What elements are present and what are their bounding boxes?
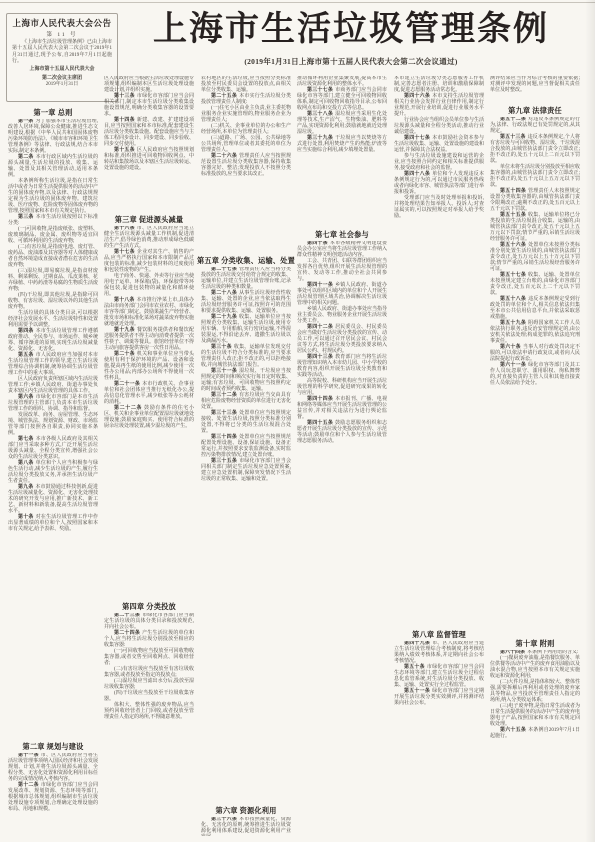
article-paragraph: 第五条市人民政府应当加强对本市生活垃圾管理工作的领导,建立生活垃圾管理综合协调机… — [8, 353, 98, 377]
text-column-3: 农村地区的生活垃圾,应当按照分类标准投放至村民委员会设置的投放点,由相关单位分类… — [201, 76, 291, 836]
chapter-heading: 第一章 总则 — [8, 106, 98, 119]
article-number: 第十九条 — [114, 328, 137, 333]
body-paragraph: 本市建立生活垃圾分类志愿服务工作机制,完善志愿者注册、培训和激励保障制度,促进志… — [394, 76, 484, 94]
article-paragraph: 第十一条市、区人民政府应当将生活垃圾管理事项纳入国民经济和社会发展规划、计划,并… — [8, 753, 98, 783]
article-number: 第十六条 — [114, 226, 137, 231]
article-number: 第二十一条 — [114, 382, 142, 387]
text-segment: 第十一条市、区人民政府应当将生活垃圾管理事项纳入国民经济和社会发展规划、计划,并… — [8, 753, 98, 836]
article-paragraph: 第十五条区人民政府应当按照规划和标准,组织推进可回收物回收网点、中转站和集散场以… — [104, 148, 194, 172]
article-number: 第四十条 — [307, 241, 330, 246]
article-paragraph: 第三条本市生活垃圾按照以下标准分类: — [8, 215, 98, 227]
body-paragraph: 行业协会应当组织会员单位参与生活垃圾源头减量和全程分类活动,推动行业诚信建设。 — [394, 118, 484, 136]
article-paragraph: 第二十六条管理责任人应当按照规范设置生活垃圾分类收集容器,保持收集容器完好、整洁… — [201, 154, 291, 178]
text-segment: 本市建立生活垃圾分类志愿服务工作机制,完善志愿者注册、培训和激励保障制度,促进志… — [394, 76, 484, 628]
article-number: 第七条 — [18, 437, 36, 442]
article-paragraph: 第二十二条鼓励有条件的住宅小区、机关和企事业单位配置湿垃圾就地处理设施;鼓励家庭… — [104, 406, 194, 430]
article-number: 第五条 — [18, 353, 36, 358]
article-paragraph: 第四十九条市、区人民政府应当建立生活垃圾管理综合考核制度,将考核结果纳入绩效考核… — [394, 641, 484, 665]
article-paragraph: 第三十八条湿垃圾应当采用生化处理等技术,生产沼气、生物柴油、肥料等产品,实现资源… — [297, 112, 387, 136]
text-column-2: 区人民政府应当根据生活垃圾处理设施专项规划,组织编制本区生活垃圾处理设施建设计划… — [104, 76, 194, 836]
article-paragraph: 第五十三条违反本条例规定,个人将有害垃圾与可回收物、湿垃圾、干垃圾混合投放的,由… — [490, 135, 580, 165]
body-paragraph: 测评结果应当作为综合考核的重要依据;对测评中发现的问题,应当督促相关责任单位及时… — [490, 76, 580, 94]
article-number: 第六十四条 — [500, 650, 527, 655]
article-paragraph: 第十八条本市推行净菜上市,具体办法由市商务部门会同市农业农村、市绿化市容等部门制… — [104, 298, 194, 328]
article-paragraph: 第四十四条本市报刊、广播、电视和网络等媒体应当开展生活垃圾管理的公益宣传,并对相… — [297, 397, 387, 421]
article-number: 第四十四条 — [307, 397, 335, 402]
text-segment: 农村地区的生活垃圾,应当按照分类标准投放至村民委员会设置的投放点,由相关单位分类… — [201, 76, 291, 254]
article-number: 第三十五条 — [211, 459, 239, 464]
article-number: 第三十九条 — [307, 136, 335, 141]
text-segment: 第四十九条市、区人民政府应当建立生活垃圾管理综合考核制度,将考核结果纳入绩效考核… — [394, 641, 484, 836]
article-paragraph: 第五十六条处置单位未按照分类标准分别处置生活垃圾的,由城管执法部门责令改正,处五… — [490, 243, 580, 273]
body-paragraph: 生活垃圾的具体分类目录,可以根据经济社会发展水平、生活垃圾特性和处置利用需要予以… — [8, 311, 98, 329]
article-paragraph: 第四十八条单位和个人发现违反本条例规定行为的,可以通过市民服务热线或者向绿化市容… — [394, 172, 484, 196]
article-paragraph: 第十七条企业对其生产、销售的产品,应当严格执行国家和本市限制产品过度包装的标准,… — [104, 250, 194, 274]
announcement-title: 上海市人民代表大会公告 — [12, 18, 112, 28]
announcement-box: 上海市人民代表大会公告 第 11 号 《上海市生活垃圾管理条例》已由上海市第十五… — [6, 13, 118, 102]
announcement-date: 2019年1月31日 — [12, 82, 112, 89]
article-number: 第二十九条 — [211, 315, 239, 320]
article-paragraph: 第十九条餐饮服务提供者和餐饮配送服务提供者不得主动向消费者提供一次性筷子、调羹等… — [104, 328, 194, 352]
article-number: 第九条 — [18, 485, 35, 490]
text-column-6: 测评结果应当作为综合考核的重要依据;对测评中发现的问题,应当督促相关责任单位及时… — [490, 76, 580, 836]
article-paragraph: 第五十七条收集、运输、处置单位未按照规定建立台账的,由绿化市容部门责令改正,处五… — [490, 273, 580, 297]
article-number: 第三十八条 — [307, 112, 335, 117]
article-number: 第五十条 — [404, 665, 427, 670]
article-number: 第六十一条 — [500, 363, 528, 368]
body-paragraph: 电子商务、快递、外卖等行业应当使用电子运单、环保箱(袋)、环保胶带等环保包装,促… — [104, 274, 194, 298]
article-paragraph: 第三十三条处置单位应当按照规定接收、处置生活垃圾,按照分类标准分别处置,不得将已… — [201, 411, 291, 435]
body-paragraph: 区人民政府应当根据生活垃圾处理设施专项规划,组织编制本区生活垃圾处理设施建设计划… — [104, 76, 194, 94]
article-number: 第十四条 — [114, 118, 137, 123]
body-paragraph: 区人民政府负责所辖区域内生活垃圾管理工作;乡镇人民政府、街道办事处负责本辖区内生… — [8, 377, 98, 395]
article-number: 第五十四条 — [500, 189, 528, 194]
article-number: 第五十七条 — [500, 273, 528, 278]
text-segment: 第三十六条本市按照减量化、资源化、无害化的原则,统筹推进生活垃圾资源化利用体系建… — [201, 817, 291, 836]
page-title: 上海市生活垃圾管理条例 — [120, 10, 582, 51]
article-paragraph: 第九条本市鼓励通过科技创新,促进生活垃圾减量化、资源化、无害化处理技术的研究开发… — [8, 485, 98, 515]
article-number: 第十五条 — [114, 148, 137, 153]
text-segment: 第六十四条本条例下列用语的含义:(一)餐厨废弃油脂,是指餐饮服务、单位供餐等活动… — [490, 650, 580, 836]
body-paragraph: 工会、共青团、妇联等群团组织应当发挥各自优势,组织开展生活垃圾管理的宣传、发动等… — [297, 259, 387, 283]
article-number: 第二十六条 — [211, 154, 239, 159]
article-paragraph: 第四十七条本市鼓励社会资本参与生活垃圾收集、运输、处置设施的建设和运营,并保障其… — [394, 136, 484, 154]
body-paragraph: 单位未将生活垃圾分别投放至相应收集容器的,由城管执法部门责令立即改正;拒不改正的… — [490, 165, 580, 189]
article-number: 第六十条 — [500, 345, 523, 350]
article-paragraph: 第一条为了加强本市生活垃圾管理,改善人居环境,保障公众健康,推进生态文明建设,根… — [8, 119, 98, 155]
article-number: 第三十二条 — [211, 393, 239, 398]
article-paragraph: 第六十条当事人对行政处罚决定不服的,可以依法申请行政复议,或者向人民法院提起行政… — [490, 345, 580, 363]
article-number: 第四十一条 — [307, 283, 335, 288]
body-paragraph: (二)有害垃圾,是指废电池、废灯管、废药品、废油漆及其容器等对人体健康或者自然环… — [8, 245, 98, 269]
article-number: 第三十条 — [211, 345, 234, 350]
article-paragraph: 第七条本市各级人民政府及其相关部门应当采取多种方式,广泛开展生活垃圾源头减量、全… — [8, 437, 98, 461]
body-paragraph: (一)住宅小区由业主负责,业主委托物业服务企业实施管理的,物业服务企业为管理责任… — [201, 106, 291, 124]
article-number: 第二十八条 — [211, 291, 239, 296]
article-number: 第四十五条 — [307, 421, 335, 426]
article-number: 第六条 — [18, 395, 36, 400]
article-number: 第五十五条 — [500, 213, 528, 218]
text-segment: 第十六条市、区人民政府应当建立健全生活垃圾源头减量工作机制,促进清洁生产,倡导绿… — [104, 226, 194, 600]
body-paragraph: (一)可回收物,是指废纸张、废塑料、废玻璃制品、废金属、废织物等适宜回收、可循环… — [8, 227, 98, 245]
text-segment: 第五十二条对违反本条例规定的行为,法律、行政法规已有处罚规定的,从其规定。第五十… — [490, 117, 580, 637]
chapter-heading: 第十章 附则 — [490, 637, 580, 650]
text-segment: 区人民政府应当根据生活垃圾处理设施专项规划,组织编制本区生活垃圾处理设施建设计划… — [104, 76, 194, 213]
article-paragraph: 第五十一条绿化市容部门应当定期开展生活垃圾分类实效测评,并将测评结果向社会公布。 — [394, 689, 484, 707]
article-number: 第四十九条 — [404, 641, 432, 646]
article-number: 第五十八条 — [500, 297, 528, 302]
article-number: 第五十二条 — [500, 117, 528, 122]
article-paragraph: 第三十九条干垃圾应当以焚烧等方式进行处置,利用焚烧产生的热能;炉渣等应当实施综合… — [297, 136, 387, 154]
article-paragraph: 第四条本市生活垃圾管理工作遵循政府推动、全民参与、市场运作、城乡统筹、循序渐进的… — [8, 329, 98, 353]
article-paragraph: 第三十六条本市按照减量化、资源化、无害化的原则,统筹推进生活垃圾资源化利用体系建… — [201, 817, 291, 836]
article-paragraph: 第二十八条从事生活垃圾经营性收集、运输、处置的企业,应当依法取得生活垃圾经营服务… — [201, 291, 291, 315]
article-paragraph: 第十三条市绿化市容部门应当会同相关部门,制定本市生活垃圾分类收集设施设置规范,明… — [104, 94, 194, 118]
body-paragraph: (四)干垃圾应当投放至干垃圾收集容器。 — [104, 691, 194, 703]
text-column-1: 第一章 总则第一条为了加强本市生活垃圾管理,改善人居环境,保障公众健康,推进生态… — [8, 106, 98, 836]
text-column-5: 本市建立生活垃圾分类志愿服务工作机制,完善志愿者注册、培训和激励保障制度,促进志… — [394, 76, 484, 836]
text-segment: 推动循环利用企业集聚发展,提高本市生活垃圾资源化利用的整体水平。第三十七条市商务… — [297, 76, 387, 228]
article-number: 第四条 — [18, 329, 36, 334]
body-paragraph: (二)有害垃圾应当投放至有害垃圾收集容器,或者投放至指定的投放点; — [104, 667, 194, 679]
body-paragraph: 乡镇人民政府、街道办事处应当指导业主委员会、物业服务企业开展生活垃圾分类工作。 — [297, 307, 387, 325]
body-paragraph: (三)道路、广场、公园、公共绿地等公共场所,管理单位或者其委托的单位为管理责任人… — [201, 136, 291, 154]
article-number: 第二十条 — [114, 352, 137, 357]
article-paragraph: 第十二条市绿化市容部门应当会同发展改革、规划资源、生态环境等部门,根据城市总体规… — [8, 783, 98, 813]
article-paragraph: 第十四条新建、改建、扩建建设项目,应当按照国家和本市标准,配套建设生活垃圾分类收… — [104, 118, 194, 148]
article-number: 第十二条 — [18, 783, 41, 788]
body-paragraph: 受理部门应当及时处理举报和投诉,并将处理结果告知举报人、投诉人;对查证属实的,可… — [394, 196, 484, 220]
article-paragraph: 第二十一条本市行政机关、企事业单位和社会团体应当推行无纸化办公,提高信息化管理水… — [104, 382, 194, 406]
text-segment: 测评结果应当作为综合考核的重要依据;对测评中发现的问题,应当督促相关责任单位及时… — [490, 76, 580, 104]
article-paragraph: 第四十一条乡镇人民政府、街道办事处可以组织区域内的单位和个人开展生活垃圾管理区域… — [297, 283, 387, 307]
article-paragraph: 第五十八条违反本条例规定受到行政处罚的单位和个人,相关信息依法归集至本市公共信用… — [490, 297, 580, 321]
article-number: 第四十六条 — [404, 94, 432, 99]
text-segment: 第二十七条管理责任人应当将分类投放的生活垃圾交付给符合规定的收集、运输单位,并建… — [201, 267, 291, 804]
article-paragraph: 第五十九条阻碍国家机关工作人员依法执行职务,违反治安管理规定的,由公安机关依法处… — [490, 321, 580, 345]
article-number: 第五十六条 — [500, 243, 528, 248]
article-number: 第十条 — [18, 515, 36, 520]
chapter-heading: 第二章 规划与建设 — [8, 740, 98, 753]
announcement-body: 《上海市生活垃圾管理条例》已由上海市第十五届人民代表大会第二次会议于2019年1… — [12, 40, 112, 65]
article-paragraph: 第四十三条教育部门应当将生活垃圾管理知识纳入本市幼儿园、中小学校的教育内容,组织… — [297, 355, 387, 379]
article-number: 第二条 — [18, 155, 36, 160]
article-paragraph: 第五十五条收集、运输单位将已分类投放的生活垃圾混合收集、运输的,由城管执法部门责… — [490, 213, 580, 243]
article-number: 第五十一条 — [404, 689, 432, 694]
body-paragraph: 高等院校、科研机构应当开展生活垃圾管理的科学研究,促进研究成果的转化与应用。 — [297, 379, 387, 397]
article-paragraph: 第五十二条对违反本条例规定的行为,法律、行政法规已有处罚规定的,从其规定。 — [490, 117, 580, 135]
body-paragraph: (三)电子废弃物,是指日常生活或者为日常生活提供服务的活动中产生的废弃电器电子产… — [490, 704, 580, 728]
article-number: 第一条 — [18, 119, 35, 124]
article-paragraph: 第三十七条市商务部门应当会同市绿化市容等部门,建立健全可回收物回收体系,制定可回… — [297, 88, 387, 112]
article-number: 第二十五条 — [211, 94, 239, 99]
text-column-4: 推动循环利用企业集聚发展,提高本市生活垃圾资源化利用的整体水平。第三十七条市商务… — [297, 76, 387, 836]
article-paragraph: 第八条单位和个人应当积极参与绿色生活行动,减少生活垃圾的产生,履行生活垃圾分类投… — [8, 461, 98, 485]
article-number: 第四十八条 — [404, 172, 432, 177]
article-number: 第五十九条 — [500, 321, 528, 326]
article-paragraph: 第四十条本市各级精神文明建设委员会办公室应当将生活垃圾管理工作纳入群众性精神文明… — [297, 241, 387, 259]
chapter-heading: 第六章 资源化利用 — [201, 804, 291, 817]
body-paragraph: (四)干垃圾,即其他垃圾,是指除可回收物、有害垃圾、湿垃圾以外的其他生活废弃物。 — [8, 293, 98, 311]
article-paragraph: 第五十四条管理责任人未按照规定设置分类收集容器的,由城管执法部门责令限期改正;逾… — [490, 189, 580, 213]
article-number: 第二十二条 — [114, 406, 144, 411]
article-number: 第三十三条 — [211, 411, 239, 416]
article-paragraph: 第二条本市行政区域内生活垃圾的源头减量,生活垃圾的投放、收集、运输、处置及其相关… — [8, 155, 98, 179]
body-paragraph: 体积大、整体性强的废弃物品,应当预约回收经营者上门回收,或者投放至管理责任人指定… — [104, 703, 194, 721]
body-paragraph: 推动循环利用企业集聚发展,提高本市生活垃圾资源化利用的整体水平。 — [297, 76, 387, 88]
article-number: 第三十一条 — [211, 369, 239, 374]
article-paragraph: 第十条对在生活垃圾管理工作中作出显著成绩的单位和个人,按照国家和本市有关规定,给… — [8, 515, 98, 533]
article-number: 第三十六条 — [211, 817, 239, 822]
chapter-heading: 第八章 监督管理 — [394, 628, 484, 641]
article-paragraph: 第四十六条本市支持生活垃圾管理相关行业协会发挥行业自律作用,制定行业规范,开展行… — [394, 94, 484, 118]
body-paragraph: (二)机关、企事业单位的办公和生产经营场所,本单位为管理责任人; — [201, 124, 291, 136]
article-paragraph: 第四十五条鼓励志愿服务组织和志愿者开展生活垃圾分类投放的宣传、示范等活动;鼓励单… — [297, 421, 387, 445]
page-subtitle: (2019年1月31日上海市第十五届人民代表大会第二次会议通过) — [120, 56, 582, 67]
chapter-heading: 第九章 法律责任 — [490, 104, 580, 117]
body-paragraph: (一)可回收物应当投放至可回收物收集容器,或者交售至回收网点、回收经营者; — [104, 649, 194, 667]
article-paragraph: 第三十一条湿垃圾、干垃圾应当按照规定的时间和频次实行每日定时收集、运输;有害垃圾… — [201, 369, 291, 393]
article-paragraph: 第六十一条绿化市容等部门及其工作人员玩忽职守、滥用职权、徇私舞弊的,对直接负责的… — [490, 363, 580, 387]
article-paragraph: 第六十五条本条例自2019年7月1日起施行。 — [490, 728, 580, 740]
announcement-signature-line1: 上海市第十五届人民代表大会 — [12, 67, 112, 74]
article-paragraph: 第三十二条有害垃圾应当交由具有相应危险废物经营资质的单位进行无害化处置。 — [201, 393, 291, 411]
article-paragraph: 第二十五条本市实行生活垃圾分类投放管理责任人制度: — [201, 94, 291, 106]
text-segment: 第一条为了加强本市生活垃圾管理,改善人居环境,保障公众健康,推进生态文明建设,根… — [8, 119, 98, 740]
article-number: 第十一条 — [18, 753, 41, 758]
article-number: 第四十二条 — [307, 325, 335, 330]
article-number: 第二十七条 — [211, 267, 239, 272]
article-number: 第四十七条 — [404, 136, 432, 141]
article-number: 第二十四条 — [114, 631, 142, 636]
text-segment: 第二十三条市绿化市容部门应当制定生活垃圾的具体分类目录和投放规范,并向社会公布。… — [104, 613, 194, 836]
article-paragraph: 第二十九条收集、运输单位应当按照规范分类收集、运输生活垃圾,使用专用车辆、专用船… — [201, 315, 291, 345]
article-paragraph: 第二十条机关和事业单位应当带头使用有利于保护环境的产品、设备和设施,提高再生纸的… — [104, 352, 194, 382]
body-paragraph: 本条例所称生活垃圾,是指在日常生活中或者为日常生活提供服务的活动中产生的固体废弃… — [8, 179, 98, 215]
body-paragraph: (一)餐厨废弃油脂,是指餐饮服务、单位供餐等活动中产生的废弃食用油脂以及油水混合… — [490, 656, 580, 680]
article-paragraph: 第五十条市绿化市容部门应当会同生态环境等部门,建立生活垃圾全过程信息化监管系统,… — [394, 665, 484, 689]
body-paragraph: (三)湿垃圾应当滤出水分后,投放至湿垃圾收集容器; — [104, 679, 194, 691]
body-paragraph: 农村地区的生活垃圾,应当按照分类标准投放至村民委员会设置的投放点,由相关单位分类… — [201, 76, 291, 94]
article-paragraph: 第十六条市、区人民政府应当建立健全生活垃圾源头减量工作机制,促进清洁生产,倡导绿… — [104, 226, 194, 250]
article-number: 第五十三条 — [500, 135, 528, 140]
article-paragraph: 第三十条收集、运输单位发现交付的生活垃圾不符合分类标准的,应当要求管理责任人改正… — [201, 345, 291, 369]
body-paragraph: (二)大件垃圾,是指体积较大、整体性强,需要拆解后再利用或者处理的废弃家具等物品… — [490, 680, 580, 704]
article-number: 第六十五条 — [500, 728, 528, 733]
article-number: 第十七条 — [114, 250, 137, 255]
article-number: 第十三条 — [114, 94, 137, 99]
chapter-heading: 第七章 社会参与 — [297, 228, 387, 241]
article-paragraph: 第二十三条市绿化市容部门应当制定生活垃圾的具体分类目录和投放规范,并向社会公布。 — [104, 613, 194, 631]
article-paragraph: 第三十四条处置单位应当按照规范配置处理设施、设备,保证设施、设备正常运行,并按照… — [201, 435, 291, 459]
article-paragraph: 第三十五条市绿化市容部门应当会同相关部门制定生活垃圾应急处置预案,建立应急处置机… — [201, 459, 291, 483]
article-number: 第八条 — [18, 461, 36, 466]
article-number: 第三十七条 — [307, 88, 335, 93]
body-paragraph: (三)湿垃圾,即易腐垃圾,是指食材废料、剩菜剩饭、过期食品、瓜皮果核、花卉绿植、… — [8, 269, 98, 293]
article-number: 第四十三条 — [307, 355, 335, 360]
article-number: 第二十三条 — [114, 613, 142, 618]
text-segment: 第四十条本市各级精神文明建设委员会办公室应当将生活垃圾管理工作纳入群众性精神文明… — [297, 241, 387, 836]
chapter-heading: 第三章 促进源头减量 — [104, 213, 194, 226]
chapter-heading: 第五章 分类收集、运输、处置 — [201, 254, 291, 267]
article-paragraph: 第六条市绿化市容部门是本市生活垃圾管理的主管部门,负责本市生活垃圾管理工作的组织… — [8, 395, 98, 413]
article-paragraph: 第四十二条居民委员会、村民委员会应当做好生活垃圾分类投放的宣传、动员工作,可以通… — [297, 325, 387, 355]
article-paragraph: 第二十四条产生生活垃圾的单位和个人,应当将生活垃圾分别投放至相应的收集容器: — [104, 631, 194, 649]
chapter-heading: 第四章 分类投放 — [104, 600, 194, 613]
announcement-number: 第 11 号 — [12, 30, 112, 38]
article-number: 第三十四条 — [211, 435, 239, 440]
article-number: 第三条 — [18, 215, 36, 220]
article-number: 第十八条 — [114, 298, 136, 303]
body-paragraph: 发展改革、商务、房屋管理、生态环境、城管执法、规划资源、财政、市场监管等部门按照… — [8, 413, 98, 437]
article-paragraph: 第二十七条管理责任人应当将分类投放的生活垃圾交付给符合规定的收集、运输单位,并建… — [201, 267, 291, 291]
newspaper-page: 上海市人民代表大会公告 第 11 号 《上海市生活垃圾管理条例》已由上海市第十五… — [0, 0, 595, 842]
body-paragraph: 参与生活垃圾设施建设和运营的企业,应当按照合同约定和相关标准提供服务,接受政府和… — [394, 154, 484, 172]
